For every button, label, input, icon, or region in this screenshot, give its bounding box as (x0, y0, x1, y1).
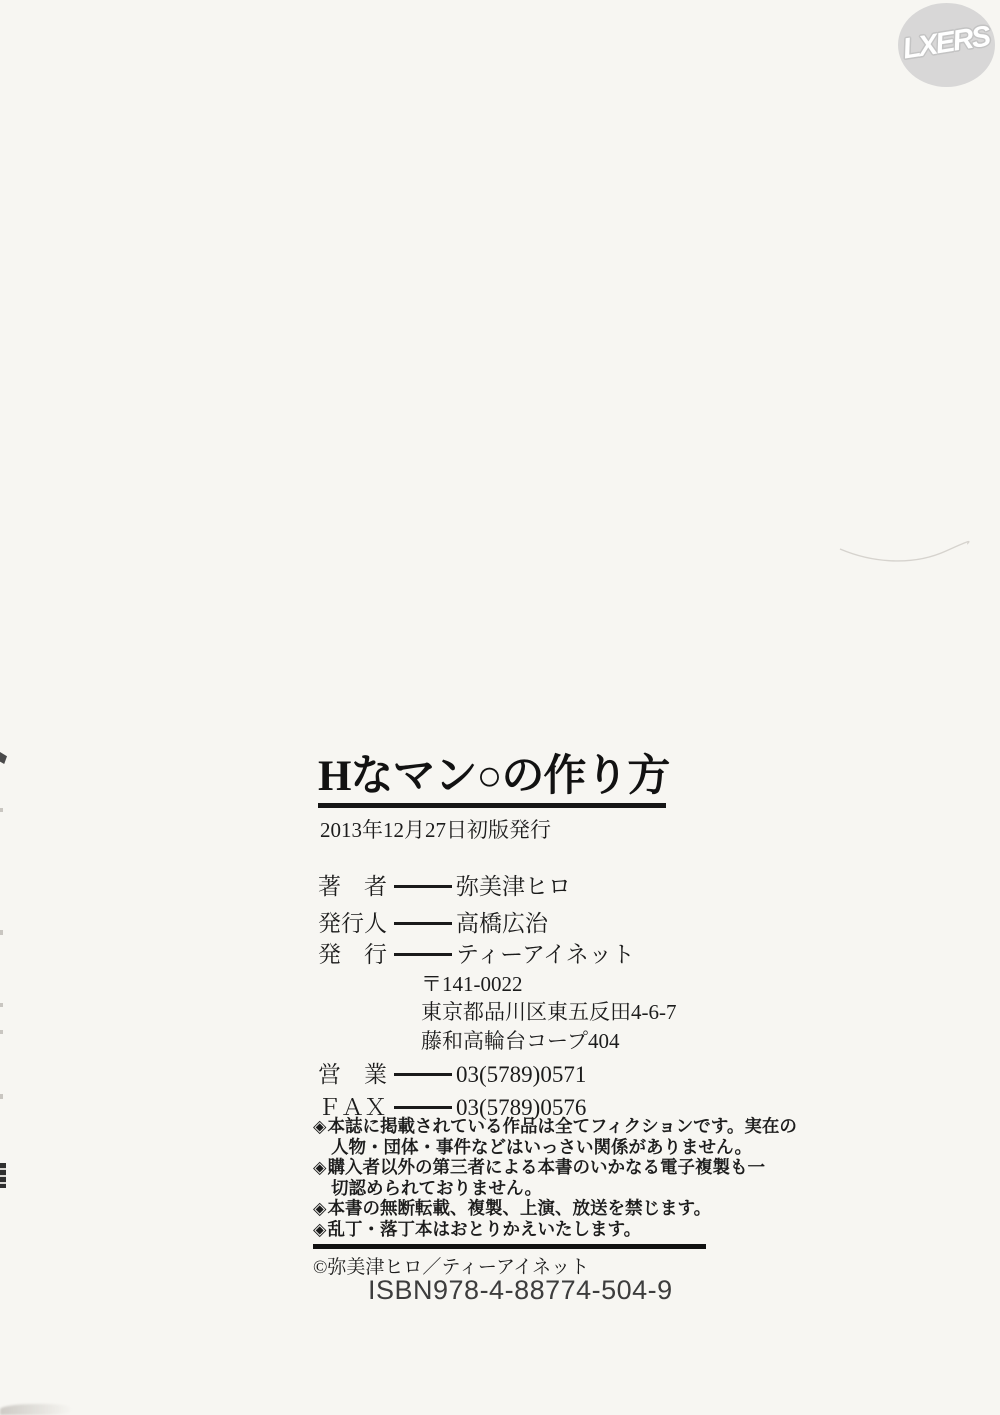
notice-line: 切認められておりません。 (313, 1178, 717, 1199)
publisher-person-row: 発行人高橋広治 (318, 905, 548, 938)
scan-edge-tick (0, 1030, 3, 1034)
leader-dash (394, 1073, 452, 1076)
diamond-bullet-icon: ◈ (313, 1157, 326, 1177)
diamond-bullet-icon: ◈ (313, 1198, 326, 1218)
title-underline (318, 803, 666, 808)
notice-text: 購入者以外の第三者による本書のいかなる電子複製も一 (327, 1157, 765, 1177)
diamond-bullet-icon: ◈ (313, 1219, 326, 1239)
notice-line: 人物・団体・事件などはいっさい関係がありません。 (313, 1137, 717, 1158)
postal-code: 〒141-0022 (421, 968, 523, 998)
scan-bottom-smudge (0, 1404, 72, 1415)
notice-text: 人物・団体・事件などはいっさい関係がありません。 (331, 1137, 752, 1157)
notice-line: ◈乱丁・落丁本はおとりかえいたします。 (313, 1219, 717, 1240)
notice-text: 本書の無断転載、複製、上演、放送を禁じます。 (327, 1198, 711, 1218)
publisher-label: 発 行 (318, 936, 390, 969)
scan-edge-tick (0, 1094, 3, 1099)
isbn-number: ISBN978-4-88774-504-9 (368, 1275, 673, 1306)
sales-phone-row: 営 業03(5789)0571 (318, 1056, 586, 1089)
leader-dash (394, 1106, 452, 1109)
leader-dash (394, 953, 452, 956)
author-row: 著 者弥美津ヒロ (318, 868, 571, 901)
notice-text: 乱丁・落丁本はおとりかえいたします。 (327, 1219, 641, 1239)
publisher-value: ティーアイネット (456, 942, 635, 967)
scan-edge-mark (0, 752, 7, 764)
address-line: 東京都品川区東五反田4-6-7 (421, 996, 677, 1026)
diamond-bullet-icon: ◈ (313, 1116, 326, 1136)
scan-edge-blob (0, 1163, 6, 1188)
publisher-person-value: 高橋広治 (456, 911, 548, 936)
author-value: 弥美津ヒロ (456, 874, 571, 899)
sales-phone: 03(5789)0571 (456, 1062, 586, 1087)
author-label: 著 者 (318, 868, 390, 901)
scan-edge-tick (0, 930, 3, 935)
legal-notices: ◈本誌に掲載されている作品は全てフィクションです。実在の 人物・団体・事件などは… (313, 1116, 717, 1239)
notice-line: ◈購入者以外の第三者による本書のいかなる電子複製も一 (313, 1157, 717, 1178)
scanned-colophon-page: LXERS Hなマン○の作り方 2013年12月27日初版発行 著 者弥美津ヒロ… (0, 0, 1000, 1415)
lxers-watermark: LXERS (898, 3, 995, 87)
scan-hair-artifact (828, 535, 973, 575)
publisher-row: 発 行ティーアイネット (318, 936, 635, 969)
sales-label: 営 業 (318, 1056, 390, 1089)
notice-line: ◈本書の無断転載、複製、上演、放送を禁じます。 (313, 1198, 717, 1219)
leader-dash (394, 885, 452, 888)
scan-edge-tick (0, 808, 3, 812)
edition-date: 2013年12月27日初版発行 (320, 814, 551, 844)
scan-edge-tick (0, 1003, 3, 1007)
leader-dash (394, 922, 452, 925)
notice-text: 本誌に掲載されている作品は全てフィクションです。実在の (327, 1116, 796, 1136)
address-line: 藤和高輪台コープ404 (421, 1025, 619, 1055)
book-title: Hなマン○の作り方 (318, 742, 669, 803)
copyright-divider (313, 1244, 706, 1249)
notice-text: 切認められておりません。 (331, 1178, 542, 1198)
publisher-person-label: 発行人 (318, 905, 390, 938)
notice-line: ◈本誌に掲載されている作品は全てフィクションです。実在の (313, 1116, 717, 1137)
